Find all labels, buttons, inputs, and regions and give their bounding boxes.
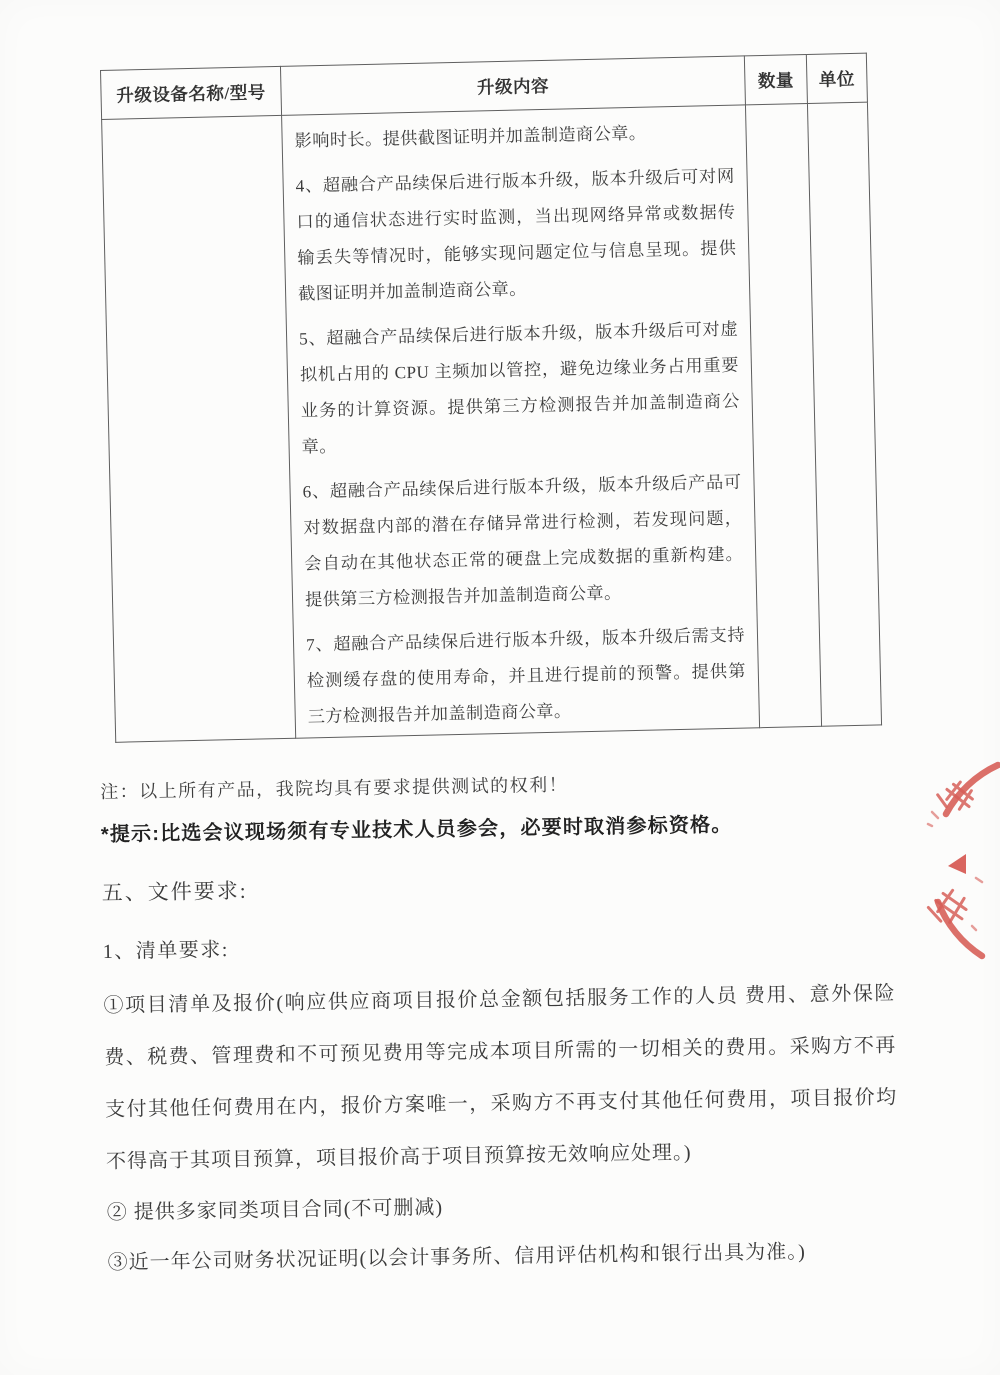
upgrade-content-paragraph: 6、超融合产品续保后进行版本升级，版本升级后产品可对数据盘内部的潜在存储异常进行… (302, 465, 744, 619)
table-row: 影响时长。提供截图证明并加盖制造商公章。 4、超融合产品续保后进行版本升级，版本… (102, 102, 882, 742)
upgrade-content-paragraph: 7、超融合产品续保后进行版本升级，版本升级后需支持检测缓存盘的使用寿命，并且进行… (306, 618, 747, 736)
requirement-item-1: ①项目清单及报价(响应供应商项目报价总金额包括服务工作的人员 费用、意外保险费、… (103, 968, 898, 1188)
upgrade-content-cell: 影响时长。提供截图证明并加盖制造商公章。 4、超融合产品续保后进行版本升级，版本… (282, 105, 760, 738)
red-seal-stamp (920, 760, 1000, 972)
upgrade-table: 升级设备名称/型号 升级内容 数量 单位 影响时长。提供截图证明并加盖制造商公章… (100, 53, 882, 743)
tip-line: *提示:比选会议现场须有专业技术人员参会，必要时取消参标资格。 (101, 806, 893, 847)
document-body-text: 注：以上所有产品，我院均具有要求提供测试的权利！ *提示:比选会议现场须有专业技… (100, 766, 900, 1288)
upgrade-content-paragraph: 影响时长。提供截图证明并加盖制造商公章。 (294, 114, 734, 160)
unit-cell (807, 102, 881, 726)
header-device-name: 升级设备名称/型号 (101, 66, 282, 119)
section-heading: 五、文件要求: (102, 865, 894, 907)
star-point (948, 854, 966, 874)
upgrade-content-paragraph: 4、超融合产品续保后进行版本升级，版本升级后可对网口的通信状态进行实时监测，当出… (295, 159, 737, 313)
scanned-document-page: 升级设备名称/型号 升级内容 数量 单位 影响时长。提供截图证明并加盖制造商公章… (0, 0, 1000, 1375)
upgrade-content-paragraph: 5、超融合产品续保后进行版本升级，版本升级后可对虚拟机占用的 CPU 主频加以管… (299, 312, 741, 466)
header-quantity: 数量 (744, 54, 807, 104)
device-name-cell (102, 115, 296, 742)
upgrade-table-wrapper: 升级设备名称/型号 升级内容 数量 单位 影响时长。提供截图证明并加盖制造商公章… (100, 53, 882, 743)
note-line: 注：以上所有产品，我院均具有要求提供测试的权利！ (100, 766, 892, 804)
section-subheading: 1、清单要求: (102, 923, 894, 964)
header-unit: 单位 (806, 53, 867, 103)
